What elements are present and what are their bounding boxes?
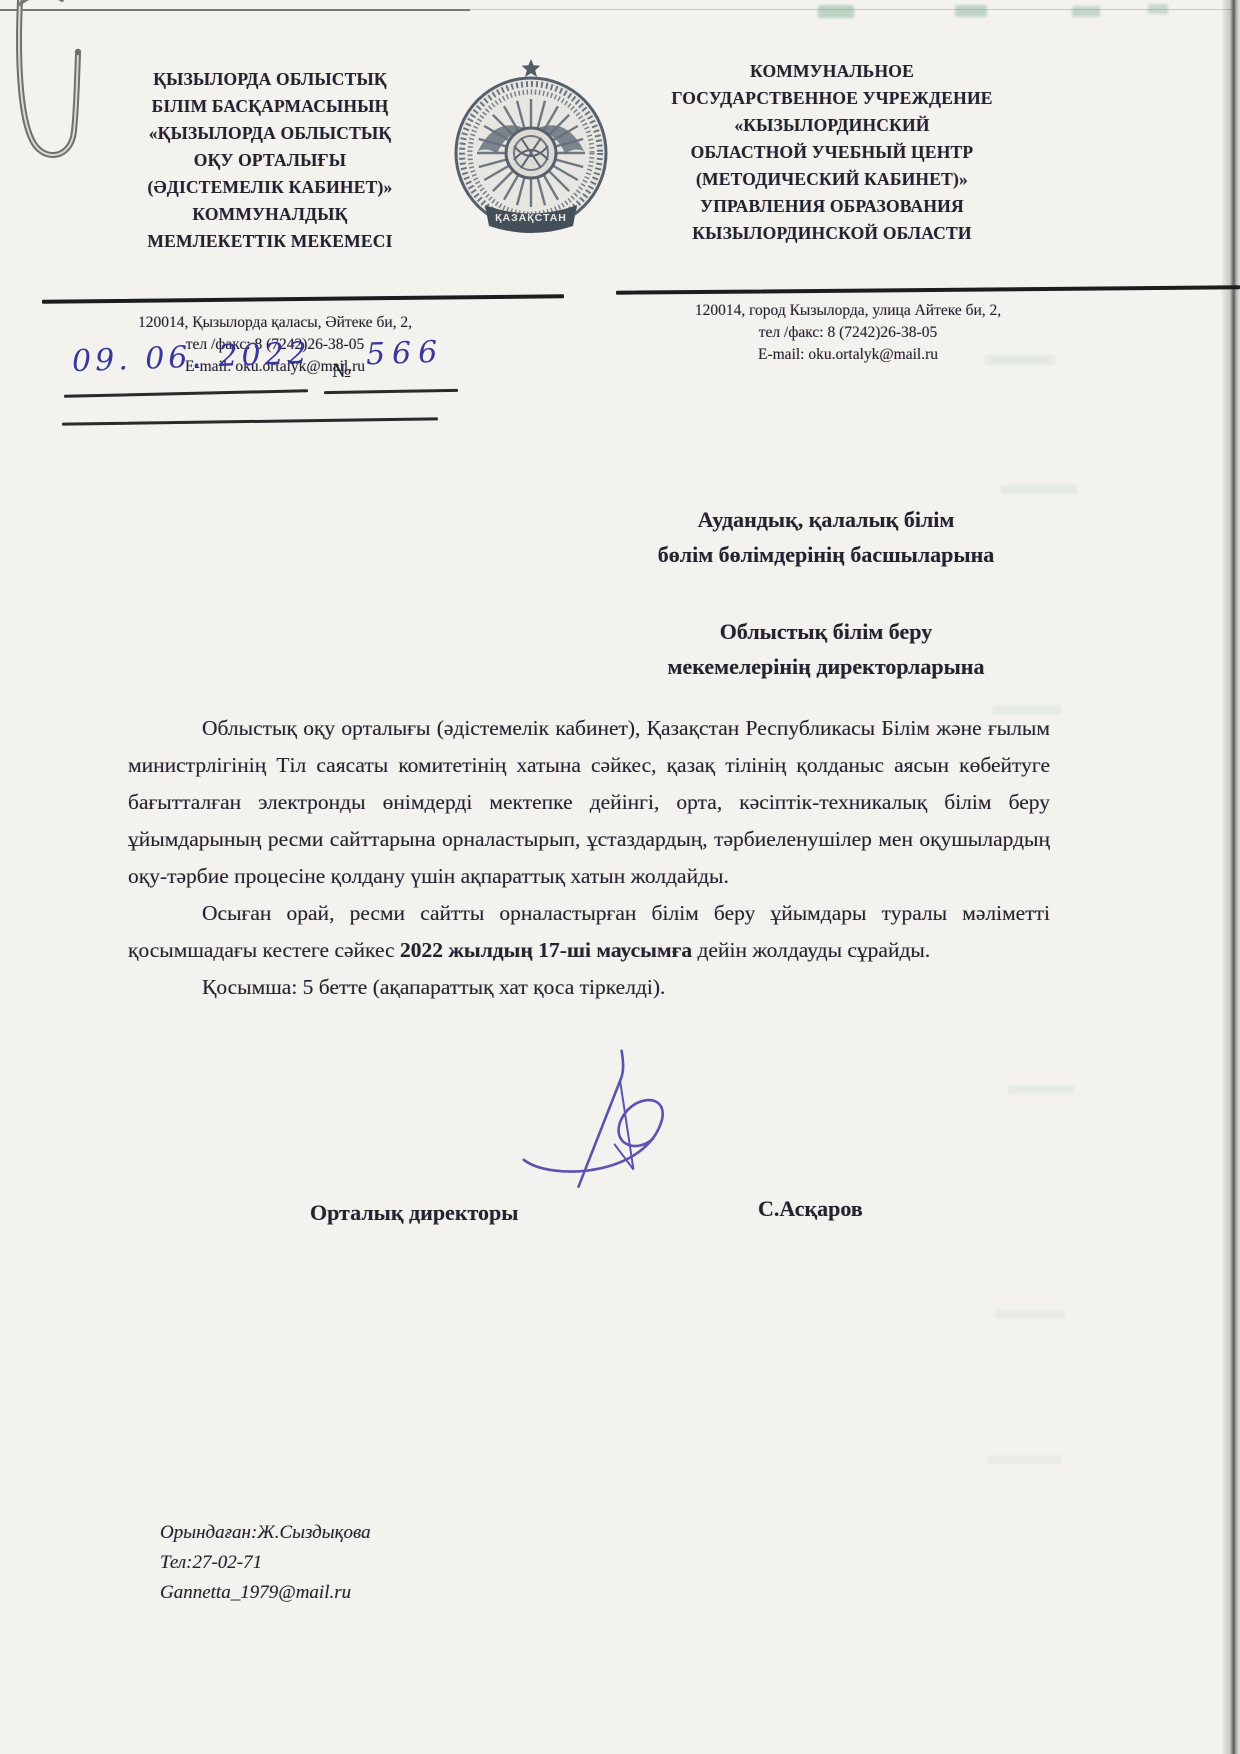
org-line: (ӘДІСТЕМЕЛІК КАБИНЕТ)» <box>95 174 445 201</box>
kazakhstan-coat-of-arms-icon: ҚАЗАҚСТАН <box>450 55 612 241</box>
body-paragraph-3: Қосымша: 5 бетте (ақапараттық хат қоса т… <box>128 969 1050 1006</box>
bleed-mark <box>955 5 987 17</box>
paragraph2-text: дейін жолдауды сұрайды. <box>692 938 930 962</box>
org-line: БІЛІМ БАСҚАРМАСЫНЫҢ <box>95 93 445 120</box>
org-name-kazakh: ҚЫЗЫЛОРДА ОБЛЫСТЫҚ БІЛІМ БАСҚАРМАСЫНЫҢ «… <box>95 66 445 255</box>
recipient-line: бөлім бөлімдерінің басшыларына <box>600 537 1052 572</box>
org-line: КЫЗЫЛОРДИНСКОЙ ОБЛАСТИ <box>612 220 1052 247</box>
bleed-mark <box>1072 6 1100 17</box>
scanned-letter-page: ҚЫЗЫЛОРДА ОБЛЫСТЫҚ БІЛІМ БАСҚАРМАСЫНЫҢ «… <box>0 0 1240 1754</box>
org-line: ОБЛАСТНОЙ УЧЕБНЫЙ ЦЕНТР <box>612 139 1052 166</box>
org-line: МЕМЛЕКЕТТІК МЕКЕМЕСІ <box>95 228 445 255</box>
bleed-mark <box>988 1455 1062 1464</box>
org-line: (МЕТОДИЧЕСКИЙ КАБИНЕТ)» <box>612 166 1052 193</box>
org-line: УПРАВЛЕНИЯ ОБРАЗОВАНИЯ <box>612 193 1052 220</box>
bleed-mark <box>1000 485 1078 494</box>
org-line: КОММУНАЛЬНОЕ <box>612 58 1052 85</box>
date-underline <box>64 389 308 398</box>
bleed-mark <box>1148 4 1168 14</box>
org-line: «КЫЗЫЛОРДИНСКИЙ <box>612 112 1052 139</box>
director-name: С.Асқаров <box>758 1196 863 1222</box>
org-line: ҚЫЗЫЛОРДА ОБЛЫСТЫҚ <box>95 66 445 93</box>
body-paragraph-1: Облыстық оқу орталығы (әдістемелік кабин… <box>128 710 1050 895</box>
header-divider-right <box>616 285 1240 294</box>
recipient-gap <box>600 572 1052 614</box>
director-title: Орталық директоры <box>310 1200 518 1226</box>
bleed-mark <box>1008 1085 1074 1094</box>
emblem-banner-label: ҚАЗАҚСТАН <box>495 212 567 224</box>
contact-block-right: 120014, город Кызылорда, улица Айтеке би… <box>638 300 1058 366</box>
executor-line: Тел:27-02-71 <box>160 1548 371 1578</box>
deadline-emphasis: 2022 жылдың 17-ші маусымға <box>400 938 692 962</box>
contact-line: тел /факс: 8 (7242)26-38-05 <box>638 322 1058 344</box>
contact-line: 120014, Қызылорда қаласы, Әйтеке би, 2, <box>95 312 455 334</box>
org-name-russian: КОММУНАЛЬНОЕ ГОСУДАРСТВЕННОЕ УЧРЕЖДЕНИЕ … <box>612 58 1052 247</box>
recipient-line: мекемелерінің директорларына <box>600 649 1052 684</box>
org-line: ОҚУ ОРТАЛЫҒЫ <box>95 147 445 174</box>
director-signature-icon <box>516 1044 693 1198</box>
bleed-mark <box>818 5 854 18</box>
scan-right-edge <box>1222 0 1240 1754</box>
letter-body: Облыстық оқу орталығы (әдістемелік кабин… <box>128 710 1050 1006</box>
header-divider-left <box>42 294 564 303</box>
executor-line: Gannetta_1979@mail.ru <box>160 1578 371 1608</box>
contact-line: 120014, город Кызылорда, улица Айтеке би… <box>638 300 1058 322</box>
scan-top-edge-faint <box>470 9 1240 10</box>
blank-reference-line <box>62 417 438 425</box>
number-underline <box>324 389 458 394</box>
executor-info: Орындаған:Ж.Сыздықова Тел:27-02-71 Ganne… <box>160 1518 371 1608</box>
recipients-block: Аудандық, қалалық білім бөлім бөлімдерін… <box>600 502 1052 684</box>
recipient-line: Облыстық білім беру <box>600 614 1052 649</box>
org-line: «ҚЫЗЫЛОРДА ОБЛЫСТЫҚ <box>95 120 445 147</box>
org-line: КОММУНАЛДЫҚ <box>95 201 445 228</box>
number-sign: № <box>332 360 351 383</box>
contact-line: E-mail: oku.ortalyk@mail.ru <box>638 344 1058 366</box>
handwritten-number: 566 <box>365 335 444 373</box>
recipient-line: Аудандық, қалалық білім <box>600 502 1052 537</box>
executor-line: Орындаған:Ж.Сыздықова <box>160 1518 371 1548</box>
org-line: ГОСУДАРСТВЕННОЕ УЧРЕЖДЕНИЕ <box>612 85 1052 112</box>
bleed-mark <box>995 1310 1065 1319</box>
body-paragraph-2: Осыған орай, ресми сайтты орналастырған … <box>128 895 1050 969</box>
